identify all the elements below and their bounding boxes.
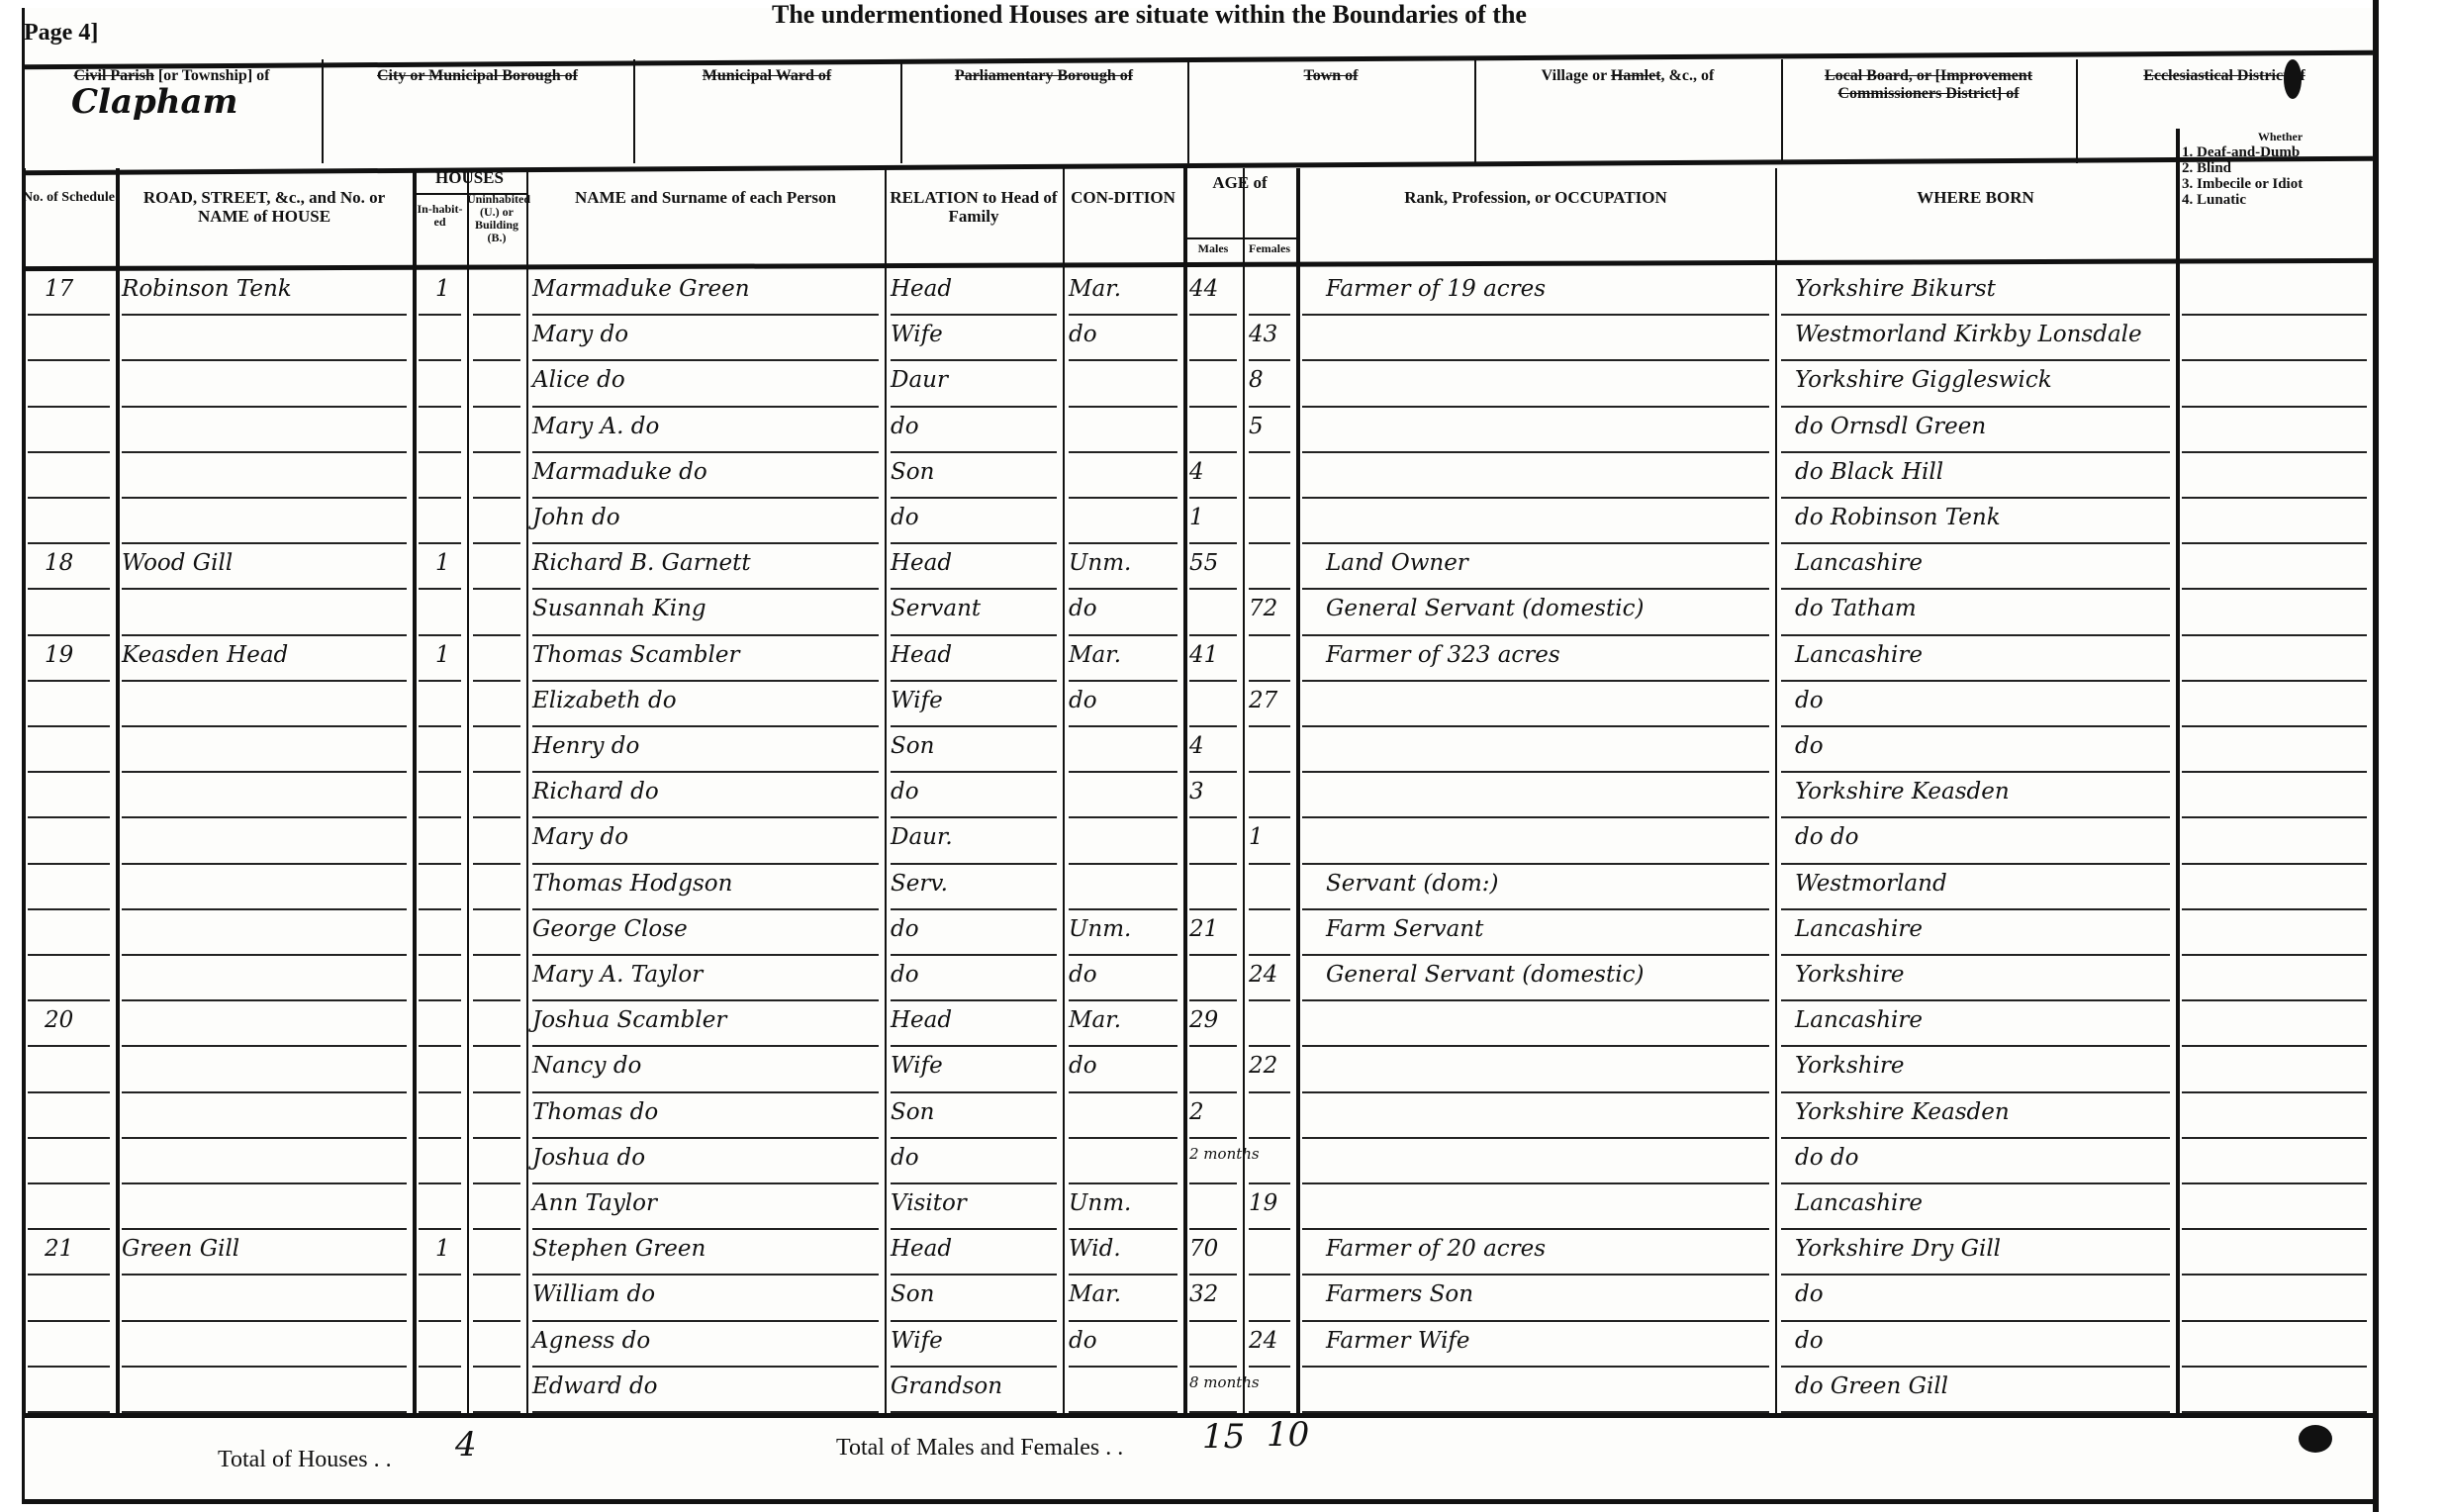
relation: Son <box>891 1099 934 1125</box>
row-rule <box>419 1182 461 1184</box>
infirmity-item-2: 2. Blind <box>2182 160 2379 176</box>
row-rule <box>2182 816 2367 818</box>
row-rule <box>1781 1320 2170 1322</box>
row-rule <box>473 634 520 636</box>
row-rule <box>473 451 520 453</box>
boundary-divider <box>1187 59 1189 163</box>
occupation: Farmers Son <box>1326 1281 1473 1307</box>
row-rule <box>2182 1091 2367 1093</box>
ink-blot <box>2299 1425 2332 1453</box>
row-rule <box>1189 1320 1237 1322</box>
row-rule <box>122 542 407 544</box>
person-name: Susannah King <box>532 596 706 621</box>
row-rule <box>2182 954 2367 956</box>
relation: Grandson <box>891 1373 1002 1399</box>
condition: do <box>1069 322 1097 347</box>
col-header-name: NAME and Surname of each Person <box>526 188 885 207</box>
row-rule <box>1302 542 1769 544</box>
male-age: 3 <box>1189 779 1204 804</box>
row-rule <box>419 999 461 1001</box>
row-rule <box>1249 634 1290 636</box>
relation: Daur. <box>891 824 953 850</box>
col-header-road: ROAD, STREET, &c., and No. or NAME of HO… <box>116 188 413 226</box>
row-rule <box>891 954 1057 956</box>
boundary-3: Municipal Ward of <box>633 49 900 139</box>
row-rule <box>1069 816 1177 818</box>
boundary-divider <box>900 59 902 163</box>
row-rule <box>419 1320 461 1322</box>
row-rule <box>28 634 110 636</box>
row-rule <box>891 359 1057 361</box>
row-rule <box>1781 1182 2170 1184</box>
total-houses-label: Total of Houses . . <box>218 1447 392 1473</box>
condition: do <box>1069 1053 1097 1079</box>
row-rule <box>122 314 407 316</box>
row-rule <box>473 1320 520 1322</box>
male-age: 1 <box>1189 505 1204 530</box>
male-age: 4 <box>1189 459 1204 485</box>
condition: Mar. <box>1069 276 1121 302</box>
birthplace: do Black Hill <box>1795 459 1943 485</box>
row-rule <box>28 406 110 408</box>
birthplace: do do <box>1795 1145 1858 1171</box>
row-rule <box>1781 863 2170 865</box>
birthplace: Lancashire <box>1795 1007 1923 1033</box>
female-age: 8 <box>1249 367 1264 393</box>
table-row: Elizabeth doWifedo27do <box>0 684 2373 729</box>
row-rule <box>473 1045 520 1047</box>
row-rule <box>122 406 407 408</box>
row-rule <box>28 542 110 544</box>
row-rule <box>473 1137 520 1139</box>
page-edge <box>2373 0 2446 1512</box>
struck-text: City or Municipal Borough of <box>377 67 578 84</box>
row-rule <box>1069 497 1177 499</box>
house-name: Wood Gill <box>122 550 233 576</box>
row-rule <box>1302 1137 1769 1139</box>
row-rule <box>532 542 879 544</box>
table-row: 21Green Gill1Stephen GreenHeadWid.70Farm… <box>0 1232 2373 1277</box>
col-header-males: Males <box>1183 242 1243 255</box>
row-rule <box>891 1045 1057 1047</box>
row-rule <box>1249 314 1290 316</box>
condition: do <box>1069 688 1097 713</box>
row-rule <box>1781 999 2170 1001</box>
row-rule <box>2182 1137 2367 1139</box>
row-rule <box>1069 999 1177 1001</box>
row-rule <box>28 1366 110 1368</box>
birthplace: Lancashire <box>1795 550 1923 576</box>
person-name: Mary do <box>532 322 628 347</box>
row-rule <box>1302 1091 1769 1093</box>
row-rule <box>891 908 1057 910</box>
occupation: Farmer of 323 acres <box>1326 642 1560 668</box>
row-rule <box>2182 725 2367 727</box>
row-rule <box>1781 497 2170 499</box>
row-rule <box>532 406 879 408</box>
female-age: 24 <box>1249 962 1277 988</box>
row-rule <box>28 1228 110 1230</box>
row-rule <box>419 359 461 361</box>
row-rule <box>473 542 520 544</box>
row-rule <box>419 863 461 865</box>
row-rule <box>532 451 879 453</box>
row-rule <box>28 771 110 773</box>
relation: do <box>891 779 919 804</box>
row-rule <box>532 314 879 316</box>
relation: do <box>891 414 919 439</box>
house-name: Green Gill <box>122 1236 239 1262</box>
row-rule <box>1249 1091 1290 1093</box>
struck-text: Parliamentary Borough of <box>955 67 1133 84</box>
table-row: Alice doDaur8Yorkshire Giggleswick <box>0 363 2373 409</box>
birthplace: Yorkshire <box>1795 962 1905 988</box>
boundary-divider <box>2076 59 2078 163</box>
row-rule <box>2182 406 2367 408</box>
birthplace: do Robinson Tenk <box>1795 505 2001 530</box>
occupation: Farm Servant <box>1326 916 1483 942</box>
row-rule <box>28 725 110 727</box>
row-rule <box>1069 1320 1177 1322</box>
row-rule <box>122 634 407 636</box>
row-rule <box>891 634 1057 636</box>
table-row: Nancy doWifedo22Yorkshire <box>0 1049 2373 1094</box>
person-name: John do <box>532 505 620 530</box>
row-rule <box>28 863 110 865</box>
person-name: Joshua Scambler <box>532 1007 726 1033</box>
row-rule <box>419 1045 461 1047</box>
row-rule <box>1302 406 1769 408</box>
row-rule <box>1302 1320 1769 1322</box>
row-rule <box>28 954 110 956</box>
relation: Head <box>891 642 952 668</box>
row-rule <box>419 1274 461 1276</box>
bottom-rule <box>22 1499 2373 1504</box>
row-rule <box>532 1366 879 1368</box>
row-rule <box>532 771 879 773</box>
row-rule <box>419 451 461 453</box>
male-age: 29 <box>1189 1007 1218 1033</box>
boundary-7: Local Board, or [Improvement Commissione… <box>1781 49 2076 139</box>
col-header-infirmity: Whether1. Deaf-and-Dumb2. Blind3. Imbeci… <box>2176 129 2379 208</box>
birthplace: Lancashire <box>1795 642 1923 668</box>
table-row: Mary A. dodo5do Ornsdl Green <box>0 410 2373 455</box>
relation: Son <box>891 459 934 485</box>
row-rule <box>1781 1228 2170 1230</box>
row-rule <box>532 999 879 1001</box>
row-rule <box>122 359 407 361</box>
row-rule <box>891 1228 1057 1230</box>
table-row: 17Robinson Tenk1Marmaduke GreenHeadMar.4… <box>0 272 2373 318</box>
row-rule <box>2182 1274 2367 1276</box>
row-rule <box>473 588 520 590</box>
row-rule <box>28 588 110 590</box>
row-rule <box>419 725 461 727</box>
row-rule <box>891 542 1057 544</box>
row-rule <box>473 863 520 865</box>
boundary-divider <box>1474 59 1476 163</box>
row-rule <box>1189 497 1237 499</box>
row-rule <box>1189 1091 1237 1093</box>
male-age: 55 <box>1189 550 1218 576</box>
table-row: Thomas doSon2Yorkshire Keasden <box>0 1095 2373 1141</box>
row-rule <box>473 954 520 956</box>
row-rule <box>1069 771 1177 773</box>
row-rule <box>891 1091 1057 1093</box>
relation: Daur <box>891 367 948 393</box>
struck-text: Municipal Ward of <box>703 67 831 84</box>
ink-blot-top <box>2284 59 2302 99</box>
male-age: 41 <box>1189 642 1218 668</box>
row-rule <box>1781 406 2170 408</box>
row-rule <box>1069 359 1177 361</box>
house-name: Keasden Head <box>122 642 288 668</box>
row-rule <box>2182 680 2367 682</box>
birthplace: do <box>1795 688 1824 713</box>
boundary-1: Civil Parish [or Township] ofClapham <box>22 49 322 139</box>
condition: Mar. <box>1069 1007 1121 1033</box>
row-rule <box>1302 588 1769 590</box>
row-rule <box>1781 908 2170 910</box>
condition: Unm. <box>1069 916 1131 942</box>
female-age: 72 <box>1249 596 1277 621</box>
row-rule <box>122 771 407 773</box>
row-rule <box>122 1045 407 1047</box>
row-rule <box>1781 680 2170 682</box>
row-rule <box>1249 1137 1290 1139</box>
person-name: Marmaduke do <box>532 459 707 485</box>
table-row: George ClosedoUnm.21Farm ServantLancashi… <box>0 912 2373 958</box>
relation: do <box>891 962 919 988</box>
row-rule <box>1189 954 1237 956</box>
row-rule <box>1189 725 1237 727</box>
row-rule <box>1069 406 1177 408</box>
col-header-relation: RELATION to Head of Family <box>885 188 1063 226</box>
male-age: 21 <box>1189 916 1218 942</box>
person-name: Alice do <box>532 367 625 393</box>
condition: do <box>1069 1328 1097 1354</box>
birthplace: Yorkshire Bikurst <box>1795 276 1996 302</box>
row-rule <box>2182 1182 2367 1184</box>
row-rule <box>1249 999 1290 1001</box>
table-row: 18Wood Gill1Richard B. GarnettHeadUnm.55… <box>0 546 2373 592</box>
row-rule <box>1189 863 1237 865</box>
occupation: Land Owner <box>1326 550 1468 576</box>
row-rule <box>1249 1274 1290 1276</box>
female-age: 1 <box>1249 824 1264 850</box>
row-rule <box>891 1274 1057 1276</box>
person-name: Stephen Green <box>532 1236 706 1262</box>
col-header-age: AGE of <box>1183 173 1296 192</box>
col-header-where-born: WHERE BORN <box>1775 188 2176 207</box>
row-rule <box>1781 314 2170 316</box>
birthplace: Westmorland <box>1795 871 1947 897</box>
boundary-divider <box>322 59 324 163</box>
row-rule <box>1069 1366 1177 1368</box>
row-rule <box>1069 725 1177 727</box>
col-header-inhabited: In-habit-ed <box>413 203 467 229</box>
birthplace: do <box>1795 733 1824 759</box>
birthplace: do <box>1795 1328 1824 1354</box>
birthplace: do Ornsdl Green <box>1795 414 1986 439</box>
row-rule <box>1302 816 1769 818</box>
table-row: Ann TaylorVisitorUnm.19Lancashire <box>0 1186 2373 1232</box>
total-females-value: 10 <box>1267 1415 1309 1455</box>
row-rule <box>1069 314 1177 316</box>
inhabited-count: 1 <box>435 550 450 576</box>
table-row: Thomas HodgsonServ.Servant (dom:)Westmor… <box>0 867 2373 912</box>
row-rule <box>2182 908 2367 910</box>
row-rule <box>1302 314 1769 316</box>
row-rule <box>532 359 879 361</box>
person-name: Mary A. do <box>532 414 659 439</box>
row-rule <box>1302 908 1769 910</box>
row-rule <box>122 908 407 910</box>
row-rule <box>473 999 520 1001</box>
birthplace: Yorkshire <box>1795 1053 1905 1079</box>
row-rule <box>1249 542 1290 544</box>
infirmity-title: Whether <box>2182 129 2379 144</box>
col-header-schedule: No. of Schedule <box>22 188 116 207</box>
row-rule <box>1249 1228 1290 1230</box>
row-rule <box>1781 1137 2170 1139</box>
boundary-8: Ecclesiastical District of <box>2076 49 2373 139</box>
row-rule <box>891 680 1057 682</box>
row-rule <box>1189 542 1237 544</box>
row-rule <box>28 314 110 316</box>
row-rule <box>1302 359 1769 361</box>
row-rule <box>473 908 520 910</box>
boundary-label: Municipal Ward of <box>633 49 900 85</box>
boundary-label: Town of <box>1187 49 1474 85</box>
row-rule <box>1189 1045 1237 1047</box>
row-rule <box>28 999 110 1001</box>
row-rule <box>1189 359 1237 361</box>
row-rule <box>532 634 879 636</box>
row-rule <box>1189 908 1237 910</box>
row-rule <box>1069 680 1177 682</box>
row-rule <box>532 1091 879 1093</box>
row-rule <box>1249 1320 1290 1322</box>
row-rule <box>473 680 520 682</box>
row-rule <box>2182 1228 2367 1230</box>
row-rule <box>532 725 879 727</box>
row-rule <box>419 1137 461 1139</box>
birthplace: Lancashire <box>1795 916 1923 942</box>
row-rule <box>122 725 407 727</box>
table-row: Agness doWifedo24Farmer Wifedo <box>0 1324 2373 1370</box>
row-rule <box>1069 908 1177 910</box>
row-rule <box>891 314 1057 316</box>
table-row: 19Keasden Head1Thomas ScamblerHeadMar.41… <box>0 638 2373 684</box>
occupation: General Servant (domestic) <box>1326 596 1644 621</box>
row-rule <box>532 1274 879 1276</box>
condition: Mar. <box>1069 642 1121 668</box>
row-rule <box>2182 359 2367 361</box>
row-rule <box>1189 634 1237 636</box>
row-rule <box>532 1182 879 1184</box>
birthplace: do Tatham <box>1795 596 1917 621</box>
row-rule <box>1249 1182 1290 1184</box>
struck-text: Town of <box>1304 67 1359 84</box>
condition: Unm. <box>1069 1190 1131 1216</box>
row-rule <box>1069 1182 1177 1184</box>
boundary-value: Clapham <box>22 85 322 111</box>
row-rule <box>1189 314 1237 316</box>
row-rule <box>2182 863 2367 865</box>
inhabited-count: 1 <box>435 276 450 302</box>
row-rule <box>1189 680 1237 682</box>
birthplace: Yorkshire Keasden <box>1795 1099 2010 1125</box>
infirmity-item-4: 4. Lunatic <box>2182 192 2379 208</box>
row-rule <box>1781 771 2170 773</box>
row-rule <box>1302 497 1769 499</box>
table-row: Mary doDaur.1do do <box>0 820 2373 866</box>
row-rule <box>473 816 520 818</box>
table-row: Mary A. Taylordodo24General Servant (dom… <box>0 958 2373 1003</box>
row-rule <box>122 863 407 865</box>
row-rule <box>419 771 461 773</box>
row-rule <box>1069 1137 1177 1139</box>
col-header-occupation: Rank, Profession, or OCCUPATION <box>1296 188 1775 207</box>
row-rule <box>419 497 461 499</box>
row-rule <box>1781 954 2170 956</box>
row-rule <box>419 588 461 590</box>
female-age: 22 <box>1249 1053 1277 1079</box>
col-header-females: Females <box>1243 242 1296 255</box>
boundary-2: City or Municipal Borough of <box>322 49 633 139</box>
row-rule <box>419 1228 461 1230</box>
row-rule <box>1781 1366 2170 1368</box>
row-rule <box>28 908 110 910</box>
schedule-number: 20 <box>45 1007 73 1033</box>
row-rule <box>1249 359 1290 361</box>
inhabited-count: 1 <box>435 1236 450 1262</box>
row-rule <box>28 359 110 361</box>
row-rule <box>473 359 520 361</box>
relation: Wife <box>891 1053 943 1079</box>
person-name: Elizabeth do <box>532 688 677 713</box>
relation: do <box>891 505 919 530</box>
infirmity-item-3: 3. Imbecile or Idiot <box>2182 176 2379 192</box>
person-name: Thomas Scambler <box>532 642 739 668</box>
row-rule <box>891 1137 1057 1139</box>
occupation: Farmer of 20 acres <box>1326 1236 1546 1262</box>
person-name: Edward do <box>532 1373 658 1399</box>
row-rule <box>891 451 1057 453</box>
row-rule <box>1302 634 1769 636</box>
row-rule <box>28 497 110 499</box>
female-age: 24 <box>1249 1328 1277 1354</box>
row-rule <box>891 816 1057 818</box>
row-rule <box>1249 1366 1290 1368</box>
schedule-number: 18 <box>45 550 73 576</box>
occupation: Farmer of 19 acres <box>1326 276 1546 302</box>
person-name: Mary A. Taylor <box>532 962 703 988</box>
row-rule <box>1302 1366 1769 1368</box>
row-rule <box>891 497 1057 499</box>
male-age: 44 <box>1189 276 1218 302</box>
row-rule <box>122 999 407 1001</box>
female-age: 5 <box>1249 414 1264 439</box>
birthplace: Yorkshire Giggleswick <box>1795 367 2052 393</box>
person-name: George Close <box>532 916 688 942</box>
row-rule <box>473 1228 520 1230</box>
row-rule <box>1302 1045 1769 1047</box>
row-rule <box>419 542 461 544</box>
row-rule <box>891 1366 1057 1368</box>
row-rule <box>1302 771 1769 773</box>
